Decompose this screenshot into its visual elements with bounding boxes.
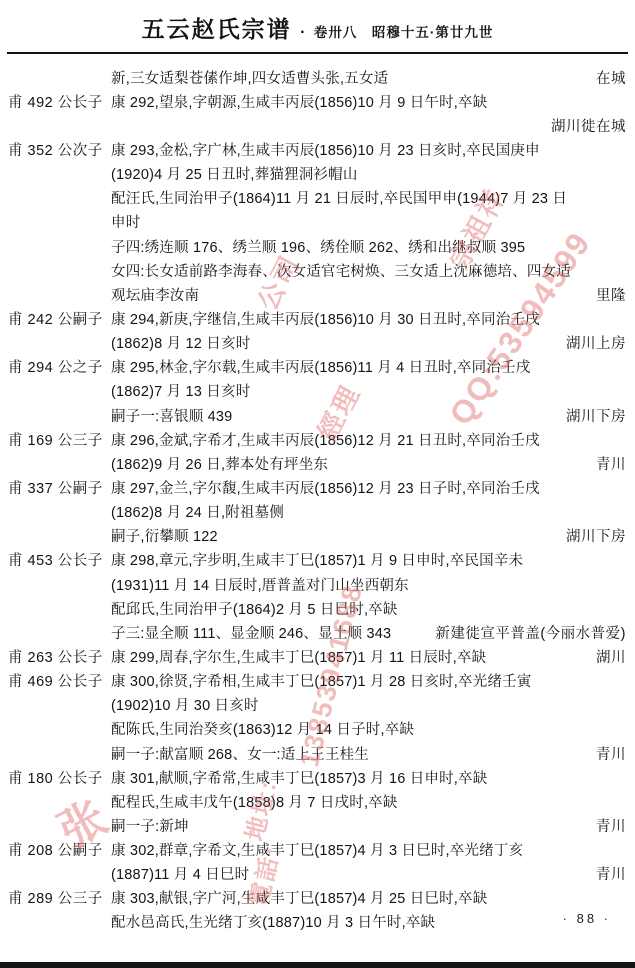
entry-line: 嗣一子:新坤青川 [0,813,635,837]
entry-text: 配程氏,生咸丰戊午(1858)8 月 7 日戌时,卒缺 [111,791,398,812]
entry-text: (1862)9 月 26 日,葬本处有坪坐东 [111,453,328,474]
entry-text: 申时 [111,211,140,232]
ancestor-ref-label: 甫 337 公嗣子 [8,477,111,498]
page-number: · 88 · [563,911,611,926]
entry-line: 观坛庙李汝南里隆 [0,282,635,306]
entry-line: 甫 263 公长子康 299,周春,字尔生,生咸丰丁巳(1857)1 月 11 … [0,644,635,668]
entry-text: 女四:长女适前路李海春、次女适官宅树焕、三女适上沈麻德培、四女适 [111,260,571,281]
entry-text: 嗣子一:喜银顺 439 [111,405,232,426]
entry-text: 嗣子,衍攀顺 122 [111,525,218,546]
entry-text: 子四:绣连顺 176、绣兰顺 196、绣佺顺 262、绣和出继叔顺 395 [111,236,525,257]
entry-text: 康 300,徐贤,字希相,生咸丰丁巳(1857)1 月 28 日亥时,卒光绪壬寅 [111,670,532,691]
entry-text: 康 298,章元,字步明,生咸丰丁巳(1857)1 月 9 日申时,卒民国辛未 [111,549,523,570]
entry-line: 甫 169 公三子康 296,金斌,字希才,生咸丰丙辰(1856)12 月 21… [0,427,635,451]
entry-text: (1887)11 月 4 日巳时 [111,863,249,884]
entry-line: (1902)10 月 30 日亥时 [0,693,635,717]
residence-note: 湖川徙在城 [543,115,626,136]
entry-line: 女四:长女适前路李海春、次女适官宅树焕、三女适上沈麻德培、四女适 [0,258,635,282]
entry-line: 甫 337 公嗣子康 297,金兰,字尔馥,生咸丰丙辰(1856)12 月 23… [0,475,635,499]
entry-line: 子四:绣连顺 176、绣兰顺 196、绣佺顺 262、绣和出继叔顺 395 [0,234,635,258]
residence-note: 青川 [588,815,626,836]
residence-note: 湖川下房 [558,525,626,546]
entry-line: 配邱氏,生同治甲子(1864)2 月 5 日巳时,卒缺 [0,596,635,620]
ancestor-ref-label: 甫 180 公长子 [8,767,111,788]
ancestor-ref-label: 甫 492 公长子 [8,91,111,112]
genealogy-rows: 新,三女适梨苍傃作坤,四女适曹头张,五女适在城甫 492 公长子康 292,望泉… [0,65,635,934]
ancestor-ref-label: 甫 263 公长子 [8,646,111,667]
entry-text: 康 302,群章,字希文,生咸丰丁巳(1857)4 月 3 日巳时,卒光绪丁亥 [111,839,523,860]
scan-bottom-edge [0,962,635,968]
entry-line: 甫 242 公嗣子康 294,新庚,字继信,生咸丰丙辰(1856)10 月 30… [0,306,635,330]
entry-text: (1862)8 月 24 日,附祖墓侧 [111,501,284,522]
entry-line: 甫 294 公之子康 295,林金,字尔载,生咸丰丙辰(1856)11 月 4 … [0,355,635,379]
residence-note: 青川 [588,453,626,474]
entry-text: (1862)8 月 12 日亥时 [111,332,250,353]
entry-text: 嗣一子:献富顺 268、女一:适上王王桂生 [111,743,369,764]
entry-line: 配陈氏,生同治癸亥(1863)12 月 14 日子时,卒缺 [0,717,635,741]
entry-line: 甫 208 公嗣子康 302,群章,字希文,生咸丰丁巳(1857)4 月 3 日… [0,838,635,862]
ancestor-ref-label: 甫 469 公长子 [8,670,111,691]
residence-note: 里隆 [588,284,626,305]
entry-line: (1862)7 月 13 日亥时 [0,379,635,403]
entry-text: 子三:显全顺 111、显金顺 246、显土顺 343 [111,622,391,643]
page-header: 五云赵氏宗谱 · 卷卅八 昭穆十五·第廿九世 [0,0,635,44]
entry-line: 甫 469 公长子康 300,徐贤,字希相,生咸丰丁巳(1857)1 月 28 … [0,669,635,693]
entry-text: 康 296,金斌,字希才,生咸丰丙辰(1856)12 月 21 日丑时,卒同治壬… [111,429,540,450]
entry-text: (1862)7 月 13 日亥时 [111,380,250,401]
entry-text: 康 295,林金,字尔载,生咸丰丙辰(1856)11 月 4 日丑时,卒同治壬戌 [111,356,530,377]
entry-text: 康 299,周春,字尔生,生咸丰丁巳(1857)1 月 11 日辰时,卒缺 [111,646,486,667]
residence-note: 湖川上房 [558,332,626,353]
entry-line: 甫 453 公长子康 298,章元,字步明,生咸丰丁巳(1857)1 月 9 日… [0,548,635,572]
book-title: 五云赵氏宗谱 [142,16,292,42]
residence-note: 湖川下房 [558,405,626,426]
entry-text: 观坛庙李汝南 [111,284,199,305]
entry-line: 子三:显全顺 111、显金顺 246、显土顺 343新建徙宣平普盖(今丽水普爱) [0,620,635,644]
entry-text: 康 292,望泉,字朝源,生咸丰丙辰(1856)10 月 9 日午时,卒缺 [111,91,487,112]
entry-line: 嗣子一:喜银顺 439湖川下房 [0,403,635,427]
entry-line: 甫 180 公长子康 301,献顺,字希常,生咸丰丁巳(1857)3 月 16 … [0,765,635,789]
entry-line: (1920)4 月 25 日丑时,葬猫狸洞衫帽山 [0,162,635,186]
entry-line: 甫 289 公三子康 303,献银,字广河,生咸丰丁巳(1857)4 月 25 … [0,886,635,910]
ancestor-ref-label: 甫 352 公次子 [8,139,111,160]
ancestor-ref-label: 甫 208 公嗣子 [8,839,111,860]
entry-text: (1902)10 月 30 日亥时 [111,694,259,715]
residence-note: 青川 [588,863,626,884]
entry-line: (1887)11 月 4 日巳时青川 [0,862,635,886]
title-separator-dot: · [300,24,305,41]
entry-line: 甫 352 公次子康 293,金松,字广林,生咸丰丙辰(1856)10 月 23… [0,137,635,161]
entry-text: (1920)4 月 25 日丑时,葬猫狸洞衫帽山 [111,163,358,184]
entry-line: 配汪氏,生同治甲子(1864)11 月 21 日辰时,卒民国甲申(1944)7 … [0,186,635,210]
entry-line: 嗣子,衍攀顺 122湖川下房 [0,524,635,548]
entry-line: (1931)11 月 14 日辰时,厝普盖对门山坐西朝东 [0,572,635,596]
ancestor-ref-label: 甫 453 公长子 [8,549,111,570]
ancestor-ref-label: 甫 289 公三子 [8,887,111,908]
entry-line: (1862)9 月 26 日,葬本处有坪坐东青川 [0,451,635,475]
entry-text: 配邱氏,生同治甲子(1864)2 月 5 日巳时,卒缺 [111,598,398,619]
volume-generation-subtitle: 卷卅八 昭穆十五·第廿九世 [314,25,494,40]
entry-text: 配汪氏,生同治甲子(1864)11 月 21 日辰时,卒民国甲申(1944)7 … [111,187,567,208]
entry-line: 嗣一子:献富顺 268、女一:适上王王桂生青川 [0,741,635,765]
entry-text: 配水邑高氏,生光绪丁亥(1887)10 月 3 日午时,卒缺 [111,911,435,932]
residence-note: 新建徙宣平普盖(今丽水普爱) [427,622,626,643]
ancestor-ref-label: 甫 294 公之子 [8,356,111,377]
residence-note: 青川 [588,743,626,764]
residence-note: 湖川 [588,646,626,667]
entry-text: (1931)11 月 14 日辰时,厝普盖对门山坐西朝东 [111,574,409,595]
residence-note: 在城 [588,67,626,88]
ancestor-ref-label: 甫 169 公三子 [8,429,111,450]
entry-line: 配水邑高氏,生光绪丁亥(1887)10 月 3 日午时,卒缺 [0,910,635,934]
entry-text: 康 294,新庚,字继信,生咸丰丙辰(1856)10 月 30 日丑时,卒同治壬… [111,308,540,329]
entry-line: (1862)8 月 24 日,附祖墓侧 [0,500,635,524]
entry-line: (1862)8 月 12 日亥时湖川上房 [0,331,635,355]
ancestor-ref-label: 甫 242 公嗣子 [8,308,111,329]
entry-text: 配陈氏,生同治癸亥(1863)12 月 14 日子时,卒缺 [111,718,414,739]
entry-text: 嗣一子:新坤 [111,815,189,836]
entry-line: 新,三女适梨苍傃作坤,四女适曹头张,五女适在城 [0,65,635,89]
entry-line: 配程氏,生咸丰戊午(1858)8 月 7 日戌时,卒缺 [0,789,635,813]
genealogy-page: 五云赵氏宗谱 · 卷卅八 昭穆十五·第廿九世 新,三女适梨苍傃作坤,四女适曹头张… [0,0,635,968]
entry-text: 康 301,献顺,字希常,生咸丰丁巳(1857)3 月 16 日申时,卒缺 [111,767,487,788]
entry-text: 新,三女适梨苍傃作坤,四女适曹头张,五女适 [111,67,388,88]
entry-text: 康 293,金松,字广林,生咸丰丙辰(1856)10 月 23 日亥时,卒民国庚… [111,139,540,160]
entry-line: 湖川徙在城 [0,113,635,137]
entry-text: 康 297,金兰,字尔馥,生咸丰丙辰(1856)12 月 23 日子时,卒同治壬… [111,477,540,498]
header-rule [7,52,628,54]
entry-text: 康 303,献银,字广河,生咸丰丁巳(1857)4 月 25 日巳时,卒缺 [111,887,487,908]
entry-line: 申时 [0,210,635,234]
entry-line: 甫 492 公长子康 292,望泉,字朝源,生咸丰丙辰(1856)10 月 9 … [0,89,635,113]
